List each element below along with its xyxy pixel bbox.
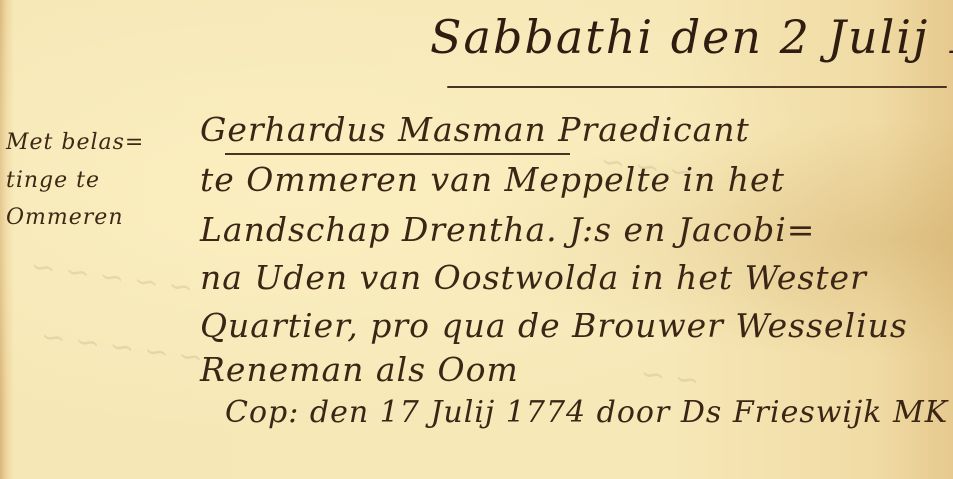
heading-underline [447, 86, 947, 88]
bleed-through-text: ~ ~ ~ ~ ~ [28, 249, 195, 306]
entry-line-5: Quartier, pro qua de Brouwer Wesselius [200, 306, 908, 345]
document-page: ~ ~ ~ ~ ~ ~ ~ ~ ~ ~ ~ ~ ~ ~ ~ Sabbathi d… [0, 0, 953, 479]
groom-name-underline [225, 153, 570, 155]
margin-note-line-2: tinge te [6, 168, 100, 193]
bleed-through-text: ~ ~ ~ ~ ~ [38, 319, 205, 376]
margin-note-line-1: Met belas= [6, 130, 144, 155]
bleed-through-text: ~ ~ [638, 356, 702, 399]
entry-line-6: Reneman als Oom [200, 350, 519, 389]
entry-line-1: Gerhardus Masman Praedicant [200, 110, 750, 149]
marriage-date-line: Cop: den 17 Julij 1774 door Ds Frieswijk… [225, 395, 948, 430]
margin-note-line-3: Ommeren [6, 205, 123, 230]
entry-line-4: na Uden van Oostwolda in het Wester [200, 258, 867, 297]
entry-line-2: te Ommeren van Meppelte in het [200, 160, 785, 199]
entry-date-heading: Sabbathi den 2 Julij 1774 [430, 10, 953, 64]
entry-line-3: Landschap Drentha. J:s en Jacobi= [200, 210, 815, 249]
